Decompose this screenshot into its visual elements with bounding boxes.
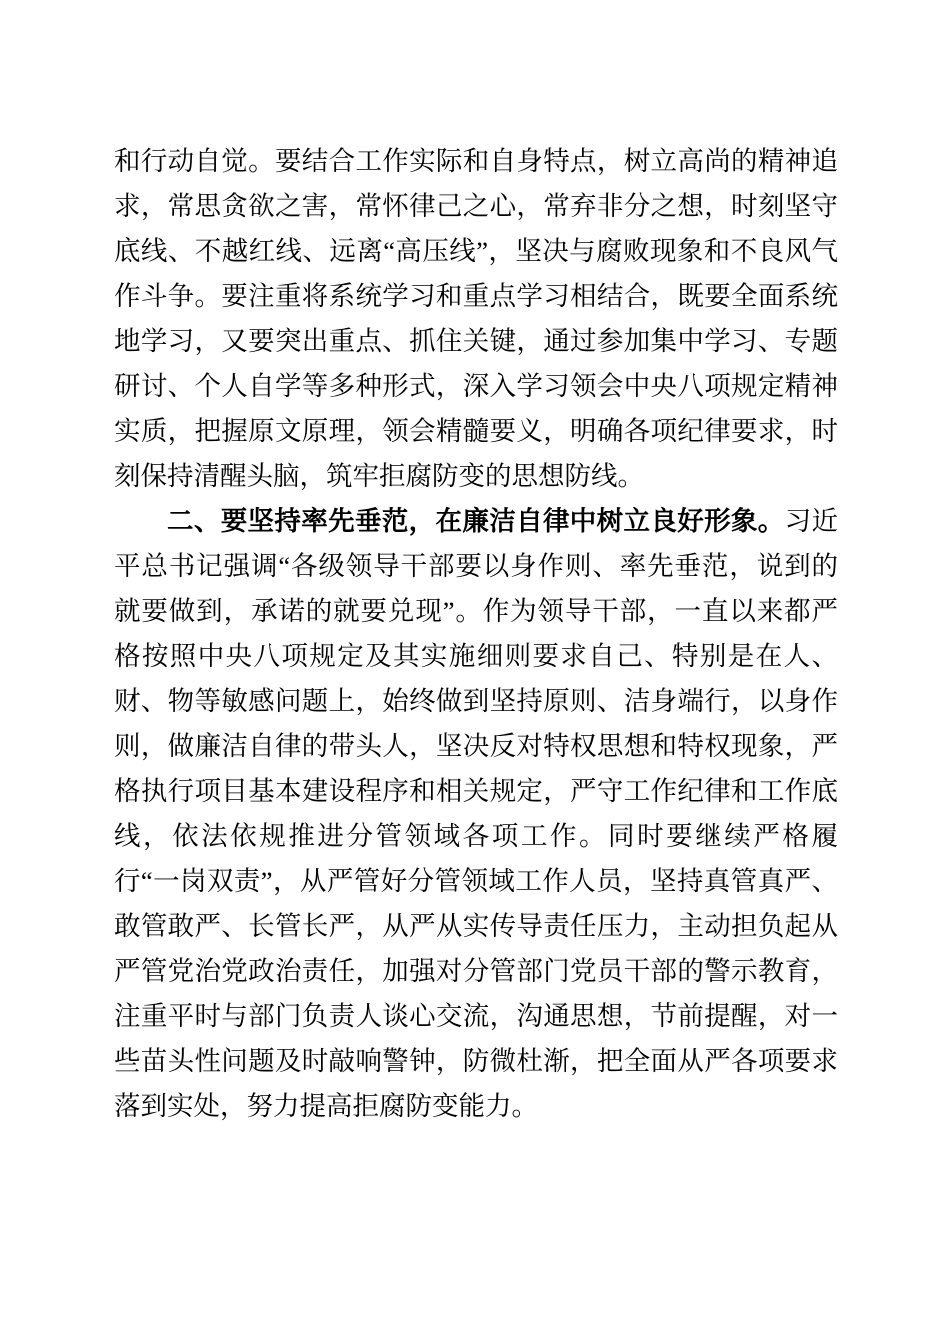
paragraph-continuation: 和行动自觉。要结合工作实际和自身特点，树立高尚的精神追求，常思贪欲之害，常怀律己… [114,139,838,499]
section-two-heading: 二、要坚持率先垂范，在廉洁自律中树立良好形象。 [167,506,785,536]
paragraph-section-two: 二、要坚持率先垂范，在廉洁自律中树立良好形象。习近平总书记强调“各级领导干部要以… [114,499,838,1129]
document-page: 和行动自觉。要结合工作实际和自身特点，树立高尚的精神追求，常思贪欲之害，常怀律己… [114,139,838,1129]
section-two-text: 习近平总书记强调“各级领导干部要以身作则、率先垂范，说到的就要做到，承诺的就要兑… [114,506,838,1121]
